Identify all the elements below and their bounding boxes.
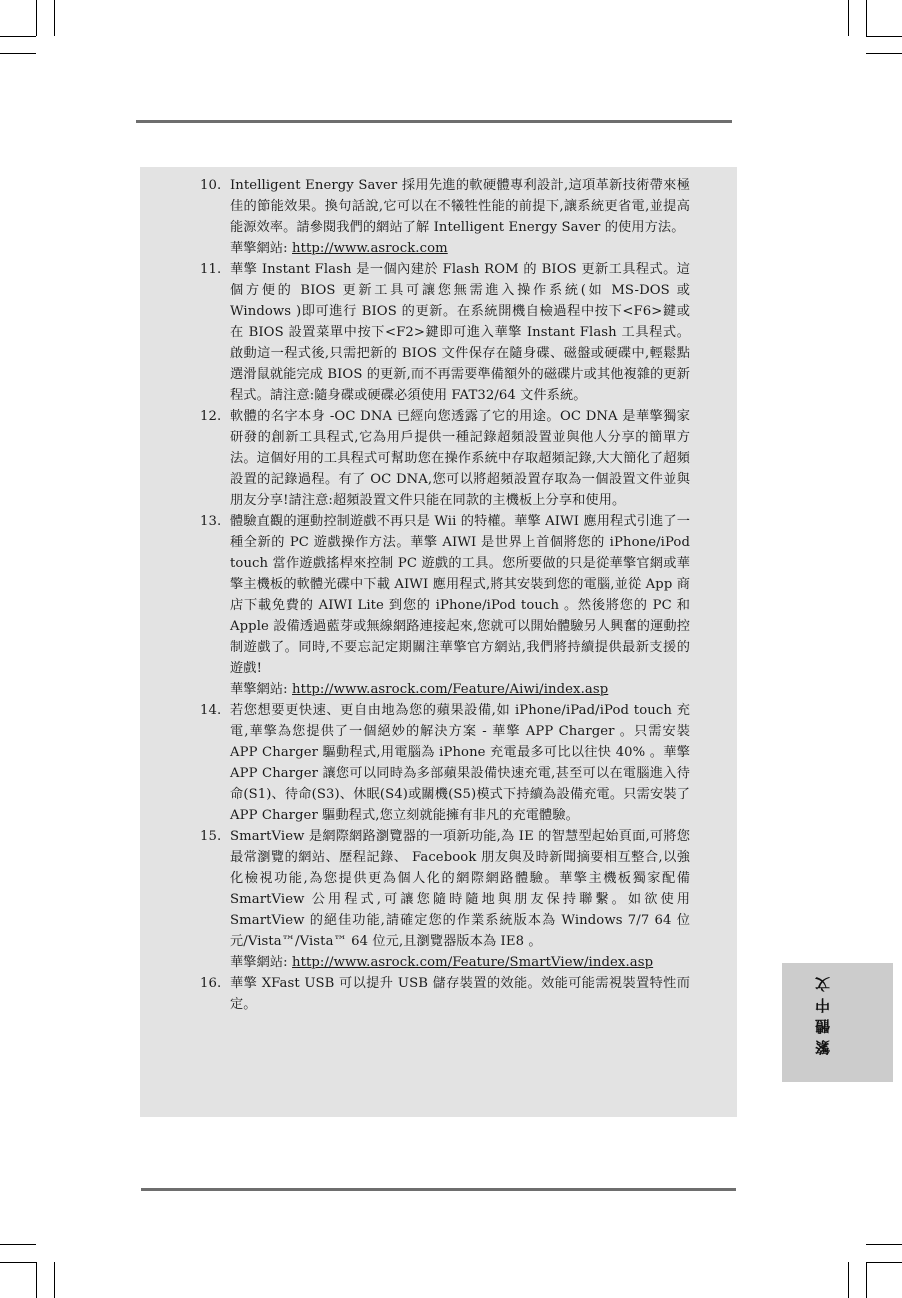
feature-item-10: 10. Intelligent Energy Saver 採用先進的軟硬體專利設… — [200, 175, 690, 259]
link-label: 華擎網站: — [230, 682, 288, 697]
feature-item-11: 11. 華擎 Instant Flash 是一個內建於 Flash ROM 的 … — [200, 259, 690, 406]
link-label: 華擎網站: — [230, 241, 288, 256]
crop-mark-top-right-h1 — [866, 36, 902, 37]
crop-mark-top-right-v2 — [866, 0, 867, 36]
footer-rule — [141, 1188, 736, 1191]
website-link[interactable]: http://www.asrock.com — [292, 241, 448, 256]
item-link-line: 華擎網站: http://www.asrock.com — [230, 238, 690, 259]
content-box: 10. Intelligent Energy Saver 採用先進的軟硬體專利設… — [140, 167, 737, 1117]
feature-item-16: 16. 華擎 XFast USB 可以提升 USB 儲存裝置的效能。效能可能需視… — [200, 973, 690, 1015]
smartview-link[interactable]: http://www.asrock.com/Feature/SmartView/… — [292, 955, 653, 970]
feature-item-12: 12. 軟體的名字本身 -OC DNA 已經向您透露了它的用途。OC DNA 是… — [200, 406, 690, 511]
crop-mark-bottom-right-h2 — [866, 1262, 902, 1263]
item-link-line: 華擎網站: http://www.asrock.com/Feature/Smar… — [230, 952, 690, 973]
feature-item-13: 13. 體驗直觀的運動控制遊戲不再只是 Wii 的特權。華擎 AIWI 應用程式… — [200, 511, 690, 700]
crop-mark-top-left-h1 — [0, 36, 36, 37]
crop-mark-bottom-left-v1 — [36, 1262, 37, 1298]
crop-mark-top-right-h2 — [866, 53, 902, 54]
crop-mark-bottom-left-h1 — [0, 1244, 36, 1245]
language-tab-label: 繁體中文 — [812, 971, 832, 1055]
item-number: 16. — [200, 973, 228, 994]
crop-mark-top-left-h2 — [0, 53, 36, 54]
item-text: 體驗直觀的運動控制遊戲不再只是 Wii 的特權。華擎 AIWI 應用程式引進了一… — [230, 511, 690, 679]
link-label: 華擎網站: — [230, 955, 288, 970]
item-number: 12. — [200, 406, 228, 427]
crop-mark-bottom-left-h2 — [0, 1262, 36, 1263]
item-text: 軟體的名字本身 -OC DNA 已經向您透露了它的用途。OC DNA 是華擎獨家… — [230, 406, 690, 511]
item-text: 華擎 Instant Flash 是一個內建於 Flash ROM 的 BIOS… — [230, 259, 690, 406]
crop-mark-bottom-left-v2 — [54, 1262, 55, 1298]
language-side-tab: 繁體中文 — [782, 963, 893, 1082]
item-number: 10. — [200, 175, 228, 196]
crop-mark-bottom-right-h1 — [866, 1244, 902, 1245]
item-text: SmartView 是網際網路瀏覽器的一項新功能,為 IE 的智慧型起始頁面,可… — [230, 826, 690, 952]
crop-mark-bottom-right-v1 — [848, 1262, 849, 1298]
item-number: 14. — [200, 700, 228, 721]
crop-mark-top-right-v1 — [848, 0, 849, 36]
item-text: Intelligent Energy Saver 採用先進的軟硬體專利設計,這項… — [230, 175, 690, 238]
item-link-line: 華擎網站: http://www.asrock.com/Feature/Aiwi… — [230, 679, 690, 700]
header-rule — [136, 120, 732, 123]
item-text: 華擎 XFast USB 可以提升 USB 儲存裝置的效能。效能可能需視裝置特性… — [230, 973, 690, 1015]
crop-mark-top-left-v2 — [54, 0, 55, 36]
item-text: 若您想要更快速、更自由地為您的蘋果設備,如 iPhone/iPad/iPod t… — [230, 700, 690, 826]
feature-list: 10. Intelligent Energy Saver 採用先進的軟硬體專利設… — [200, 175, 690, 1015]
item-number: 15. — [200, 826, 228, 847]
item-number: 13. — [200, 511, 228, 532]
feature-item-14: 14. 若您想要更快速、更自由地為您的蘋果設備,如 iPhone/iPad/iP… — [200, 700, 690, 826]
aiwi-link[interactable]: http://www.asrock.com/Feature/Aiwi/index… — [292, 682, 608, 697]
crop-mark-bottom-right-v2 — [866, 1262, 867, 1298]
crop-mark-top-left-v1 — [36, 0, 37, 36]
item-number: 11. — [200, 259, 228, 280]
feature-item-15: 15. SmartView 是網際網路瀏覽器的一項新功能,為 IE 的智慧型起始… — [200, 826, 690, 973]
